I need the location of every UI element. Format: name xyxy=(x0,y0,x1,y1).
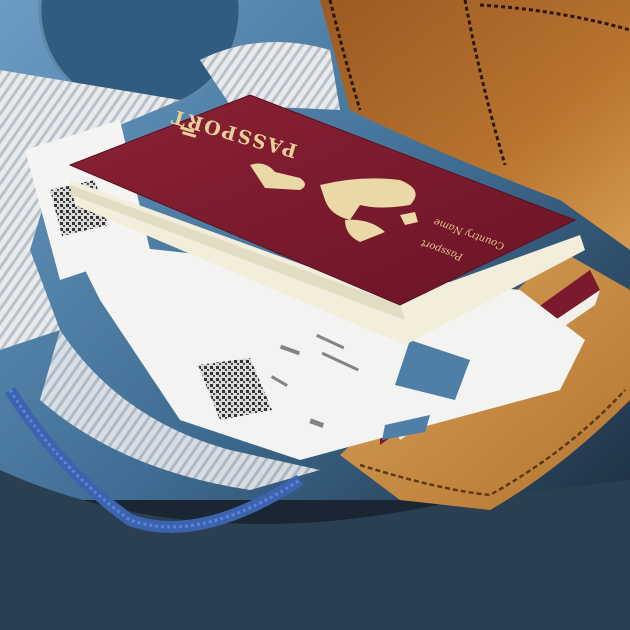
photo-scene: PASSPORT Country Name Passport xyxy=(0,0,630,630)
passport-photo xyxy=(0,0,630,630)
